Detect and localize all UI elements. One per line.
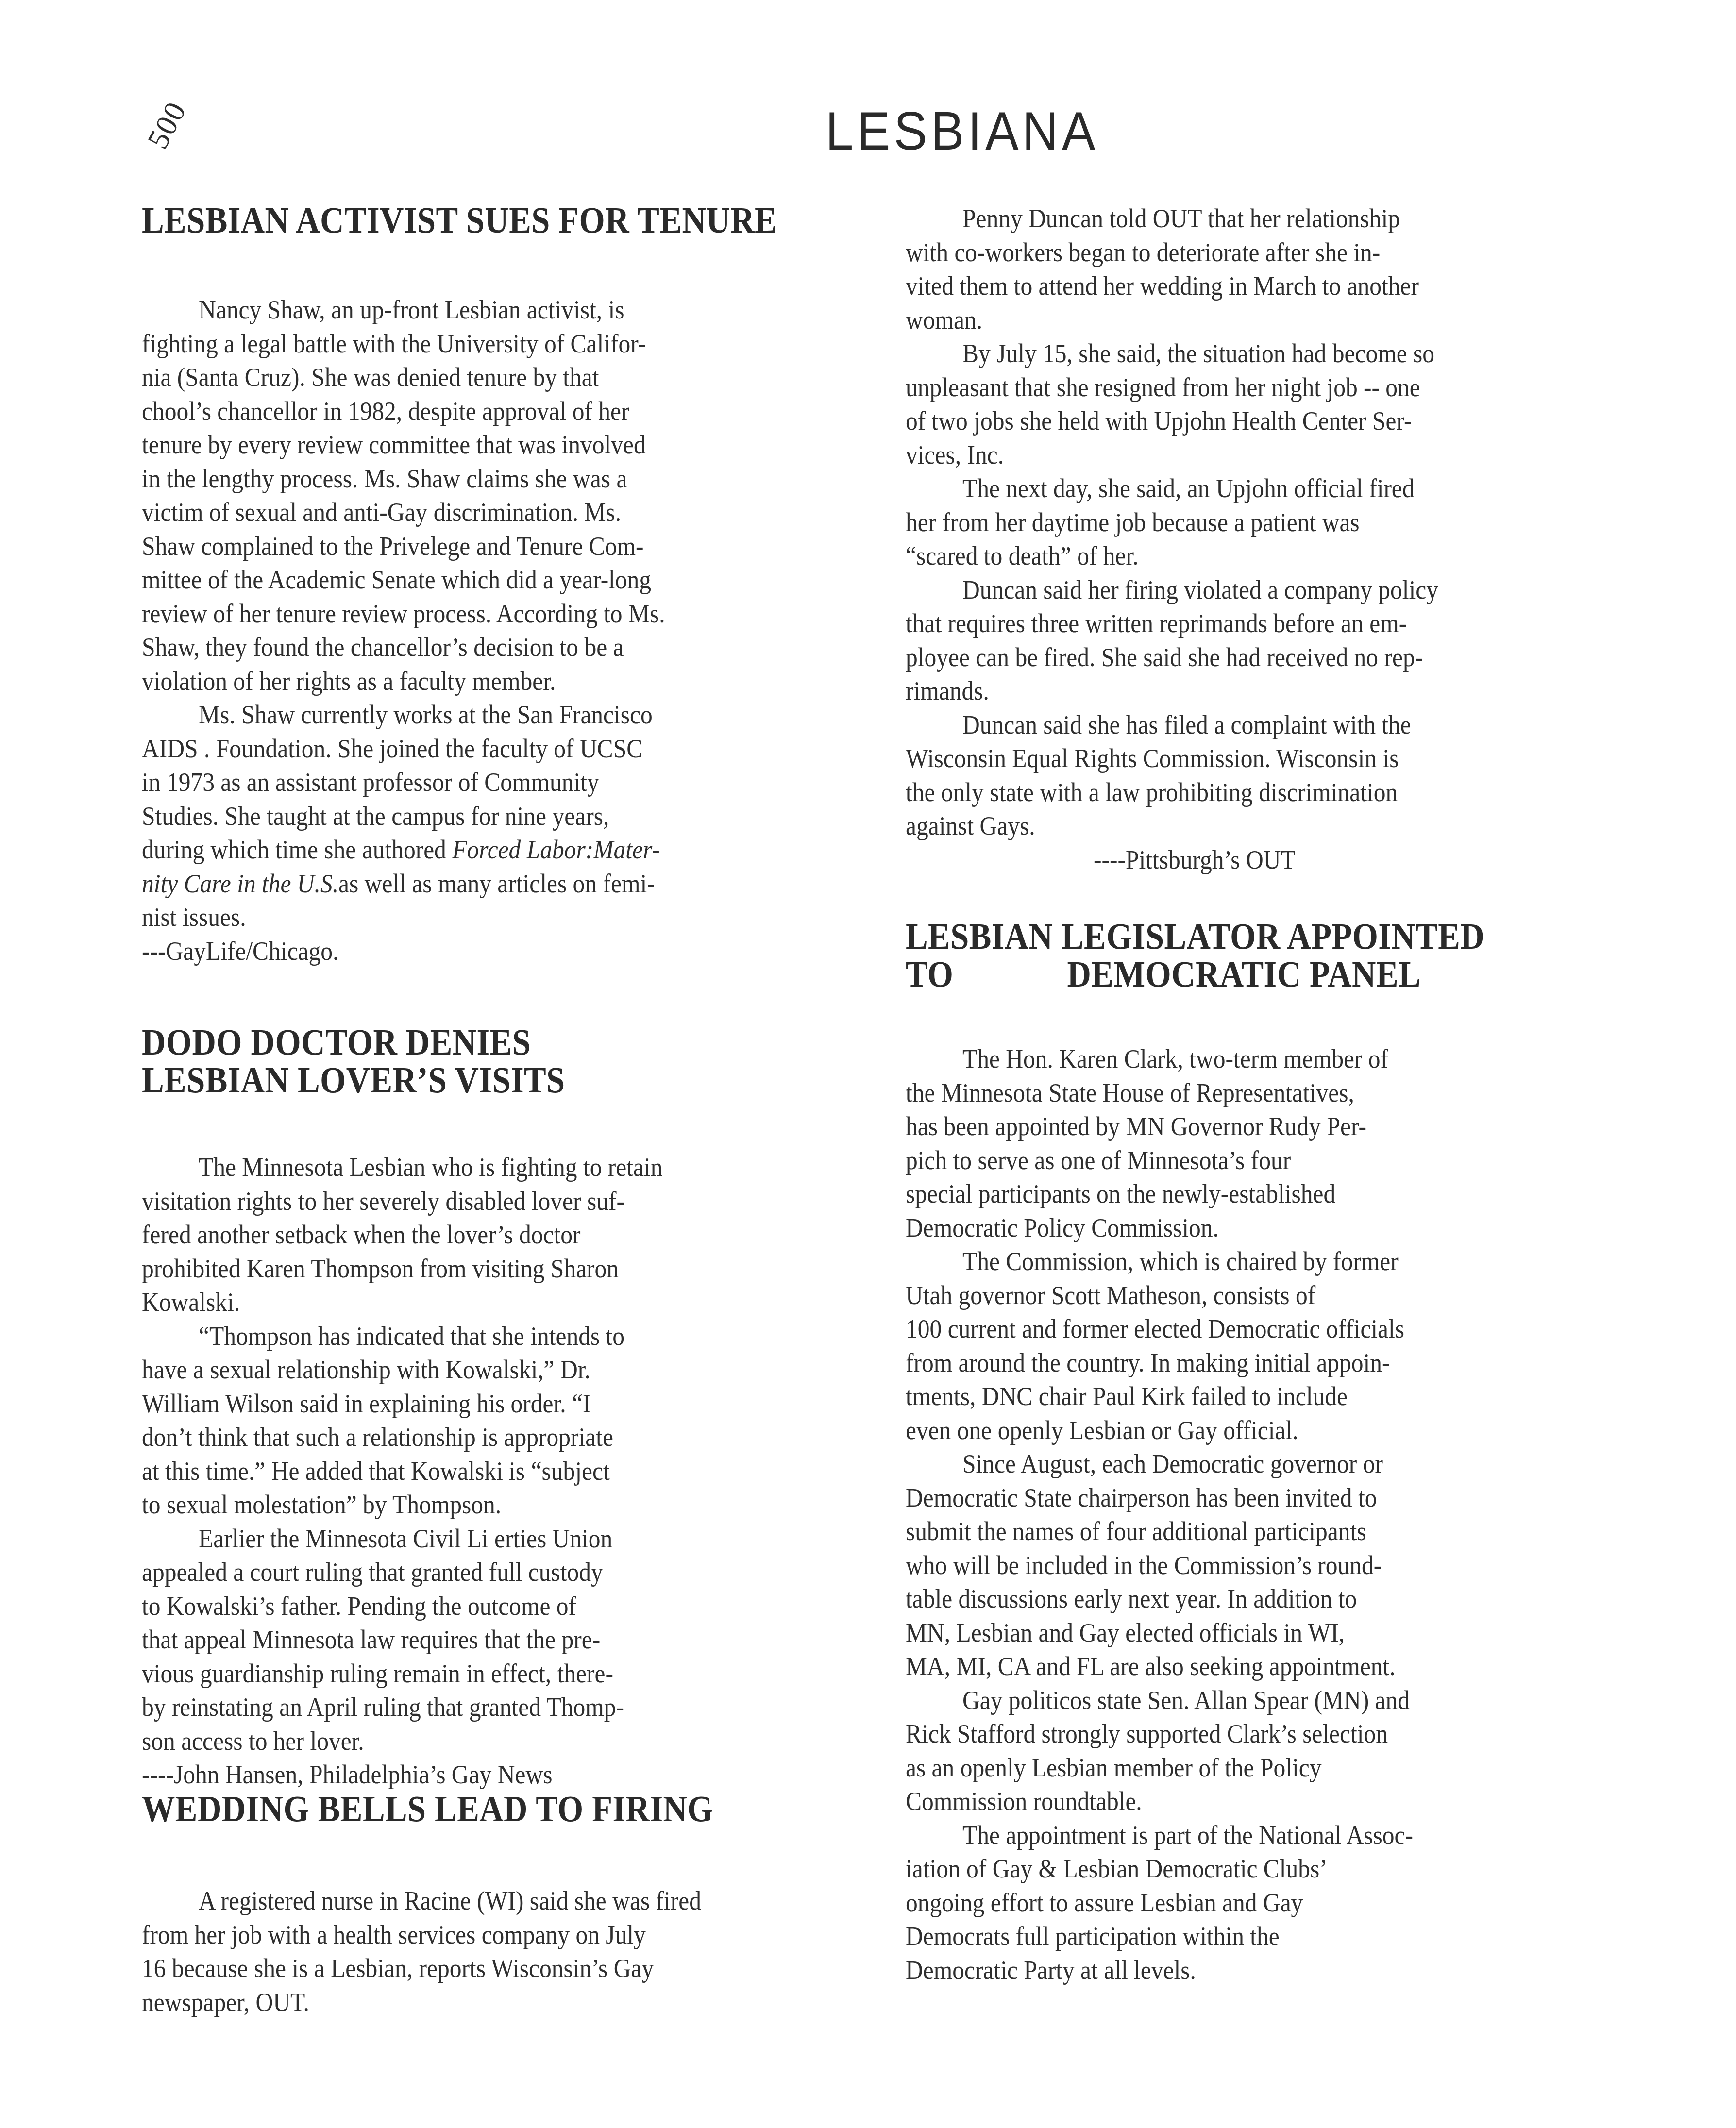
article-headline: LESBIAN LEGISLATOR APPOINTEDTODEMOCRATIC…	[906, 918, 1587, 993]
paragraph: The Hon. Karen Clark, two-term member of…	[906, 1042, 1662, 1244]
paragraph: Duncan said she has filed a complaint wi…	[906, 708, 1662, 843]
paragraph: Nancy Shaw, an up-front Lesbian activist…	[142, 293, 893, 698]
article-body: Nancy Shaw, an up-front Lesbian activist…	[142, 293, 893, 968]
paragraph: “Thompson has indicated that she intends…	[142, 1319, 893, 1522]
article-body: Penny Duncan told OUT that her relations…	[906, 201, 1662, 876]
paragraph: Since August, each Democratic governor o…	[906, 1447, 1662, 1683]
paragraph: The Minnesota Lesbian who is fighting to…	[142, 1150, 893, 1319]
headline-line: TO	[906, 954, 953, 995]
headline-line: LESBIAN LEGISLATOR APPOINTED	[906, 916, 1484, 957]
article-legislator: LESBIAN LEGISLATOR APPOINTEDTODEMOCRATIC…	[906, 918, 1663, 1987]
article-headline: LESBIAN ACTIVIST SUES FOR TENURE	[142, 201, 819, 239]
paragraph: The appointment is part of the National …	[906, 1818, 1662, 1987]
article-wedding-bells-continued: Penny Duncan told OUT that her relations…	[906, 201, 1663, 876]
paragraph: Duncan said her firing violated a compan…	[906, 573, 1662, 708]
headline-line: LESBIAN LOVER’S VISITS	[142, 1060, 565, 1101]
article-headline: WEDDING BELLS LEAD TO FIRING	[142, 1790, 819, 1828]
article-body: The Minnesota Lesbian who is fighting to…	[142, 1150, 893, 1792]
article-body: The Hon. Karen Clark, two-term member of…	[906, 1042, 1662, 1987]
section-title: LESBIANA	[826, 100, 1099, 162]
article-body: A registered nurse in Racine (WI) said s…	[142, 1884, 893, 2019]
article-credit: ----Pittsburgh’s OUT	[906, 843, 1662, 877]
headline-line: DEMOCRATIC PANEL	[1067, 954, 1421, 995]
article-credit: ---GayLife/Chicago.	[142, 934, 893, 968]
paragraph: Ms. Shaw currently works at the San Fran…	[142, 698, 893, 934]
paragraph: By July 15, she said, the situation had …	[906, 336, 1662, 471]
paragraph: The next day, she said, an Upjohn offici…	[906, 471, 1662, 573]
article-credit: ----John Hansen, Philadelphia’s Gay News	[142, 1758, 893, 1792]
paragraph: Earlier the Minnesota Civil Li erties Un…	[142, 1522, 893, 1758]
article-headline: DODO DOCTOR DENIESLESBIAN LOVER’S VISITS	[142, 1023, 819, 1099]
paragraph: Gay politicos state Sen. Allan Spear (MN…	[906, 1683, 1662, 1818]
paragraph: The Commission, which is chaired by form…	[906, 1244, 1662, 1447]
article-tenure: LESBIAN ACTIVIST SUES FOR TENURE Nancy S…	[142, 201, 894, 968]
paragraph: Penny Duncan told OUT that her relations…	[906, 201, 1662, 336]
page-number: 500	[141, 96, 194, 155]
article-wedding-bells: WEDDING BELLS LEAD TO FIRING A registere…	[142, 1790, 894, 2019]
headline-line: DODO DOCTOR DENIES	[142, 1022, 531, 1063]
paragraph: A registered nurse in Racine (WI) said s…	[142, 1884, 893, 2019]
article-dodo-doctor: DODO DOCTOR DENIESLESBIAN LOVER’S VISITS…	[142, 1023, 894, 1792]
